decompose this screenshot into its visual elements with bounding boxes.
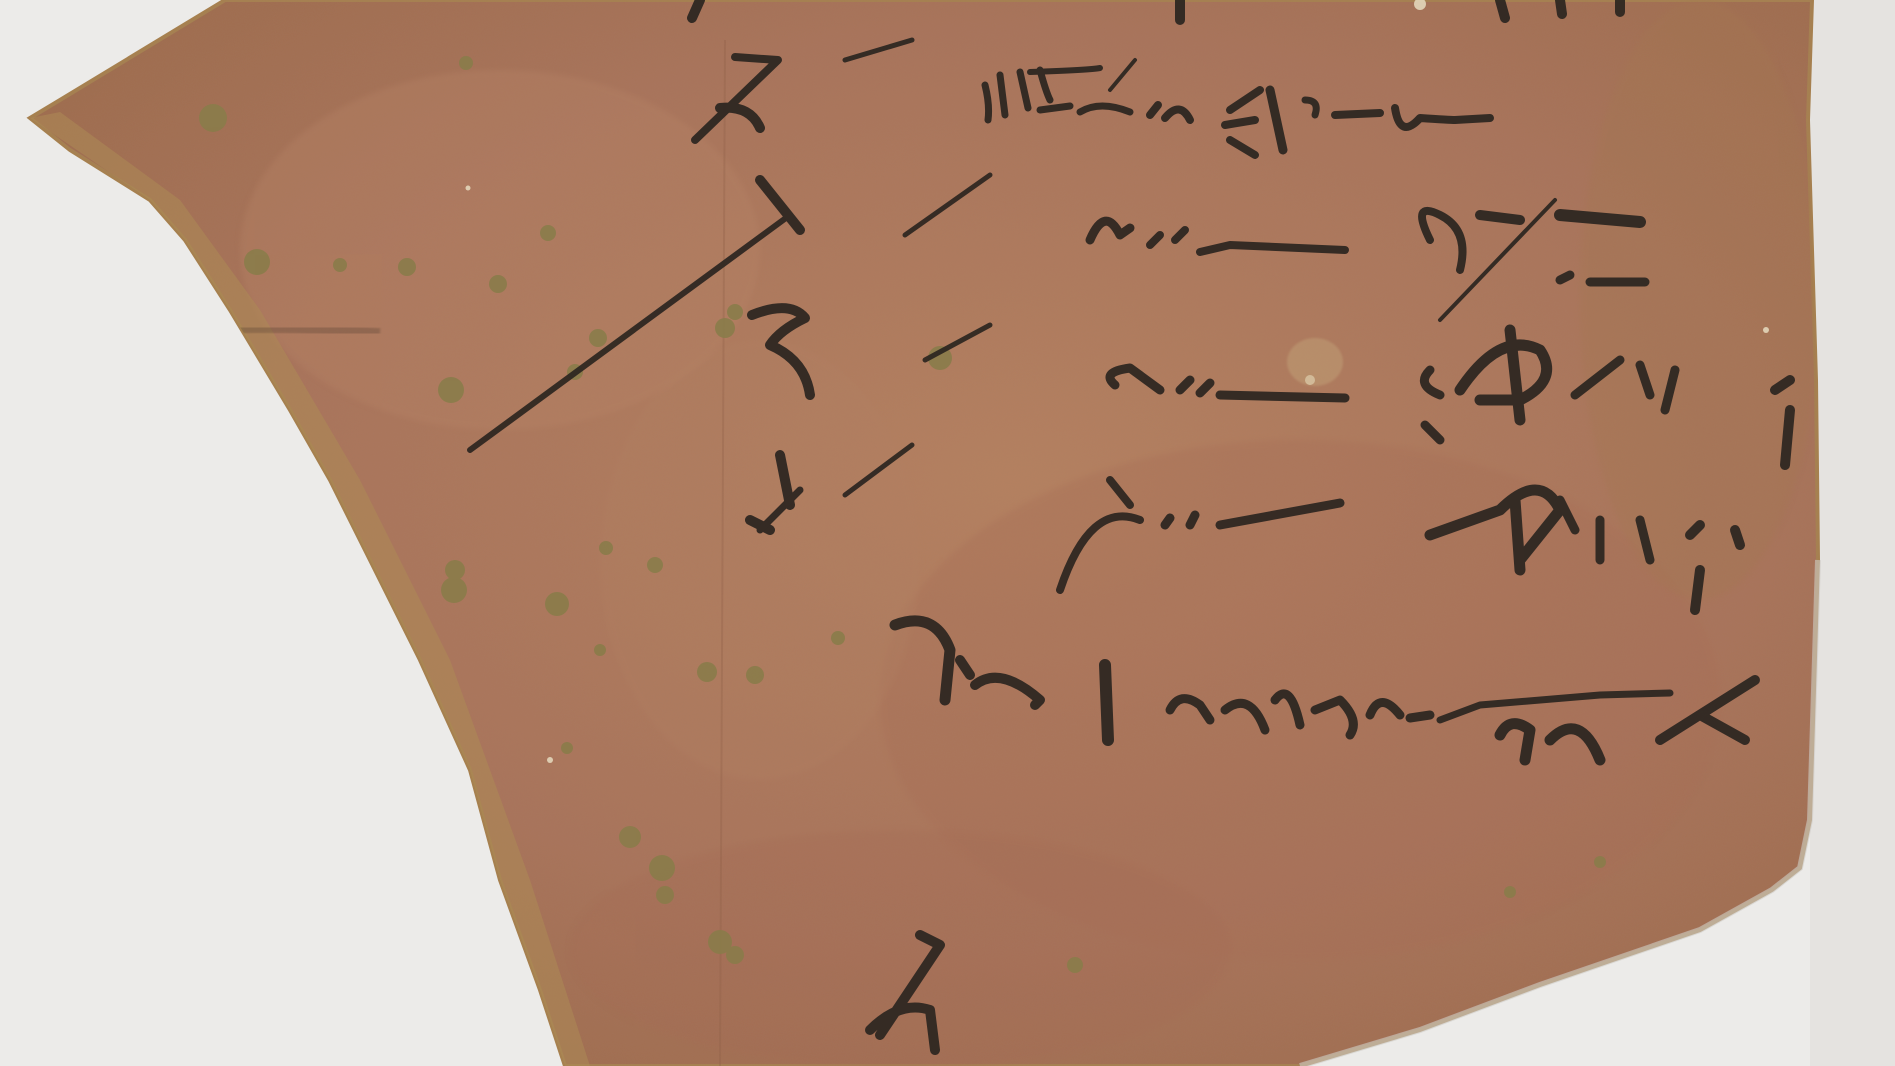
ostracon-photo: Ostracon (inscribed pottery shard) with … (0, 0, 1895, 1066)
ostracon-illustration (0, 0, 1895, 1066)
